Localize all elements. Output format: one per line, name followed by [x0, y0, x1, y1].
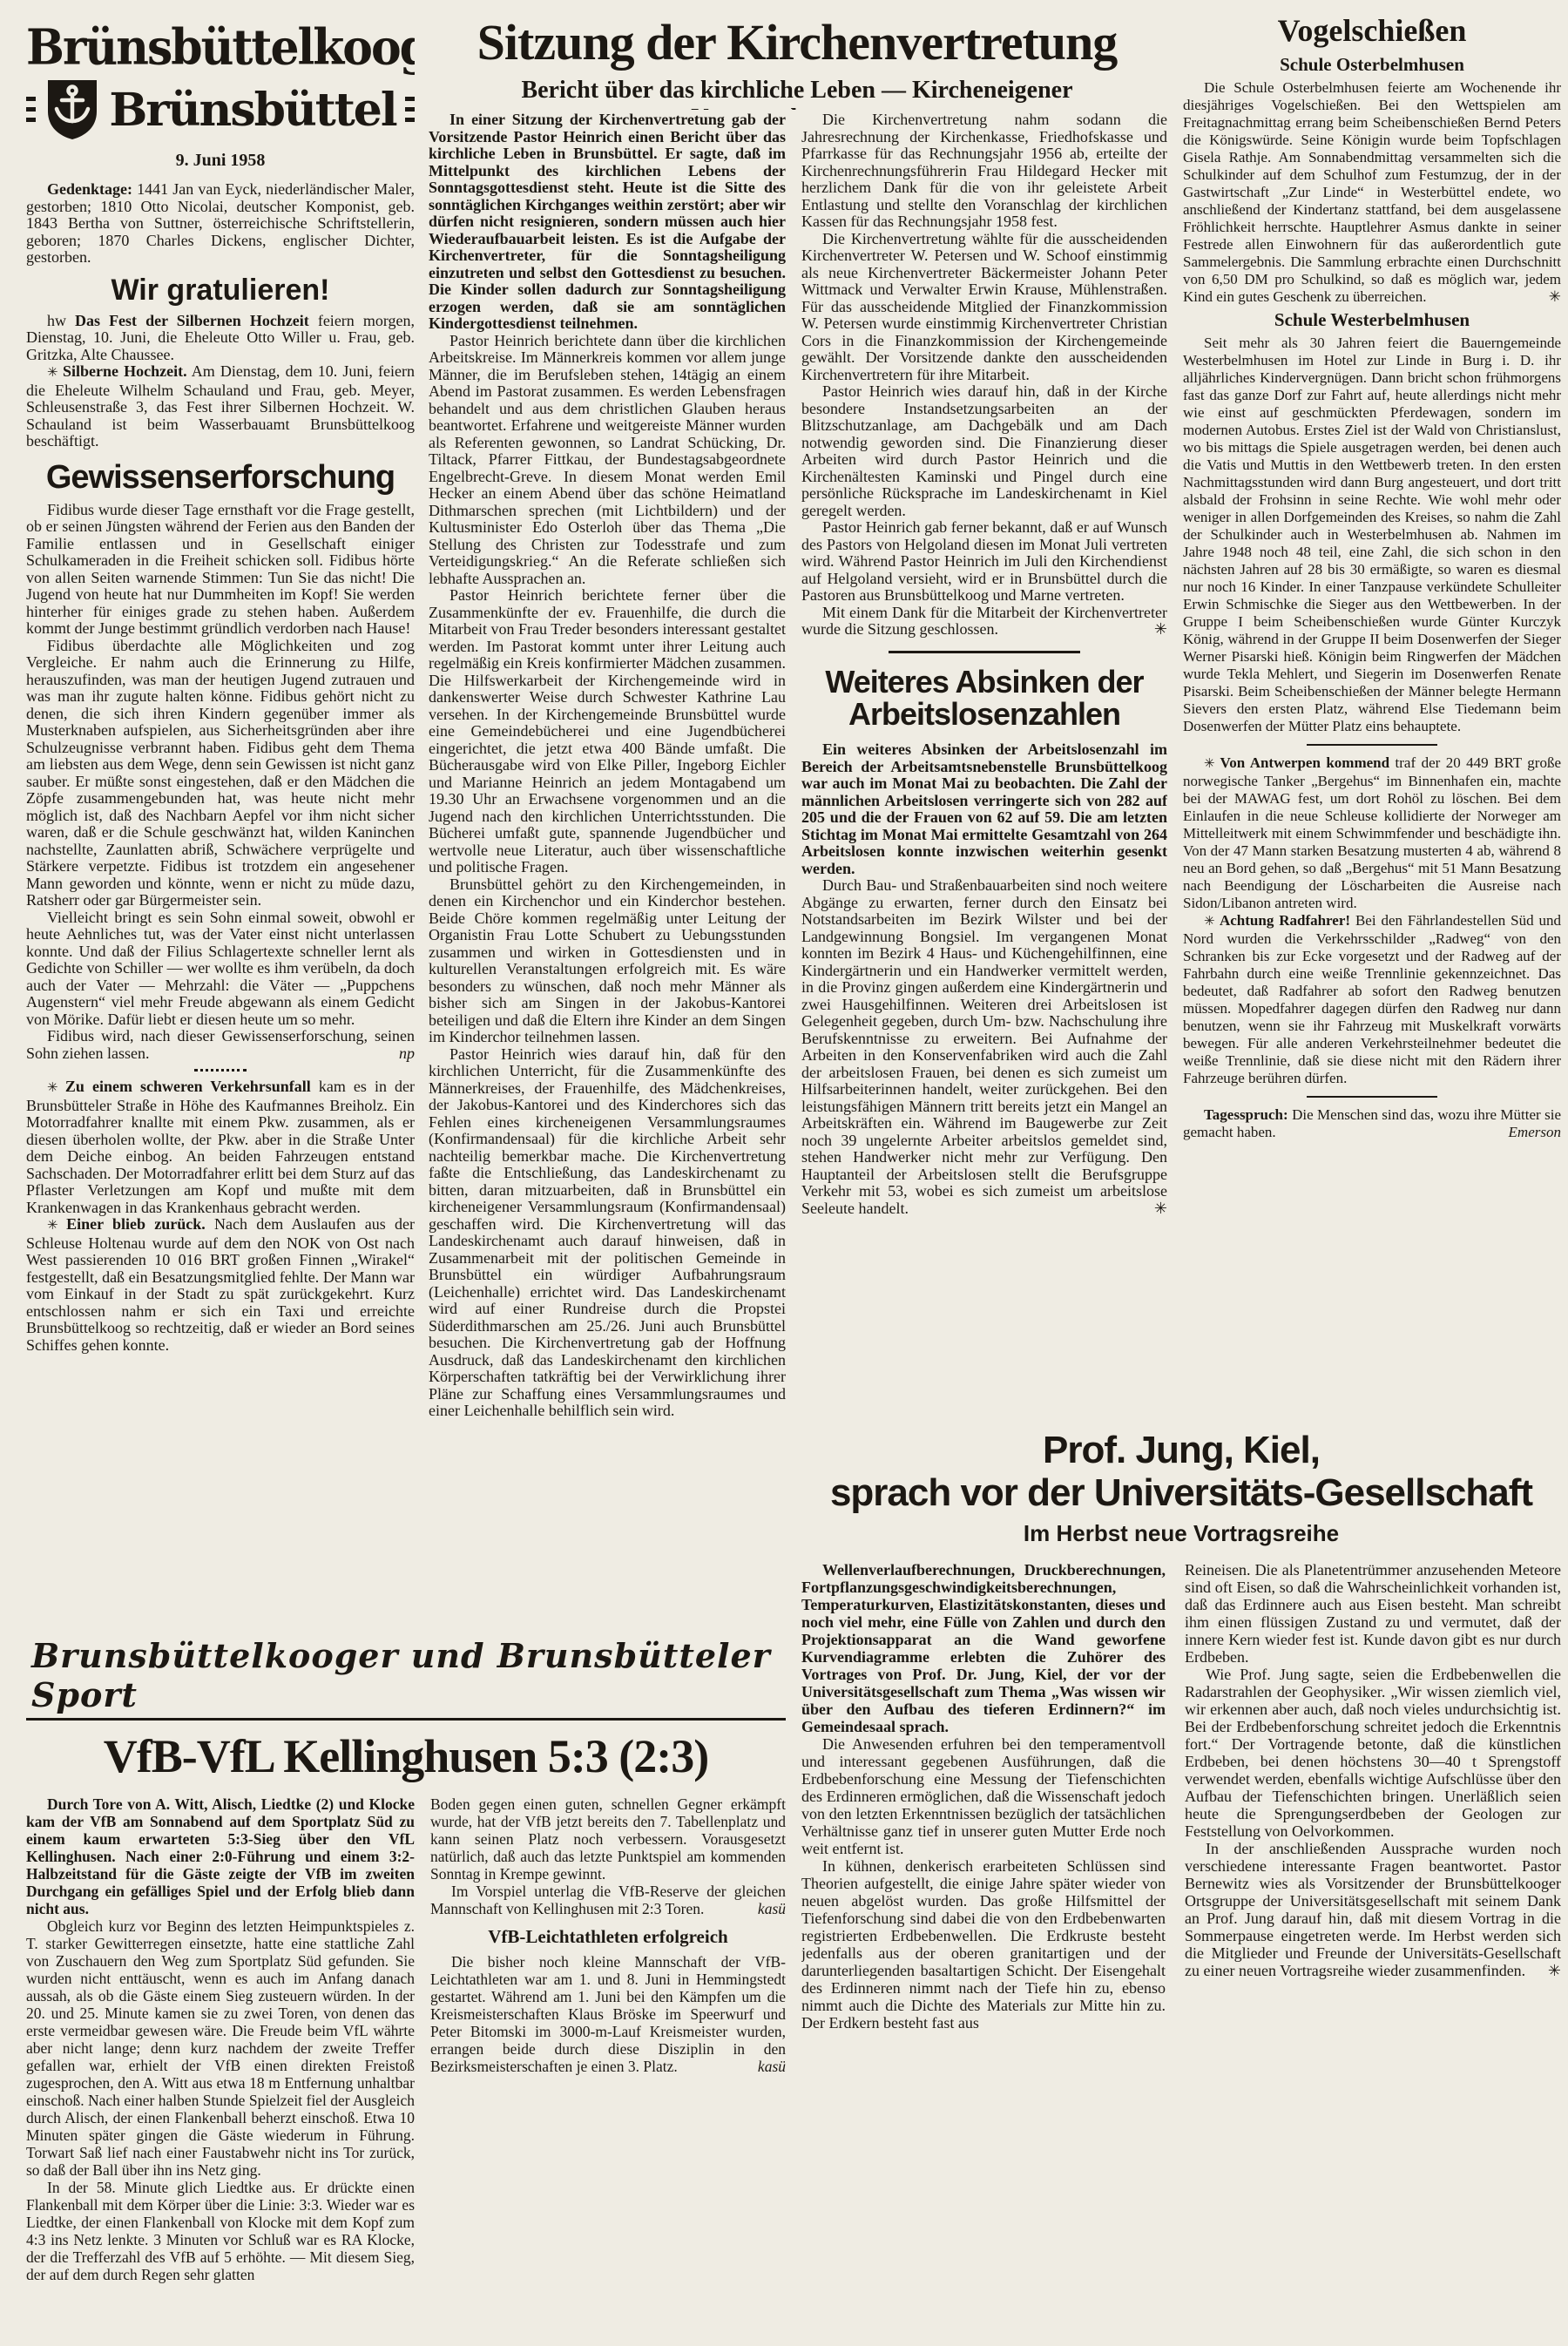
- sports-column-1: Durch Tore von A. Witt, Alisch, Liedtke …: [26, 1795, 415, 2283]
- silberne-hochzeit-lead: Das Fest der Silbernen Hochzeit: [75, 312, 309, 329]
- church-paragraph-7: Die Kirchenvertretung wählte für die aus…: [801, 231, 1167, 384]
- subtitle-kirchenvertretung: Bericht über das kirchliche Leben — Kirc…: [427, 77, 1167, 110]
- gewissen-paragraph-1: Fidibus wurde dieser Tage ernsthaft vor …: [26, 502, 415, 638]
- author-initials: hw: [47, 312, 75, 329]
- end-star-icon: ✳: [1527, 1962, 1561, 1979]
- church-paragraph-10: Mit einem Dank für die Mitarbeit der Kir…: [801, 605, 1167, 639]
- article-einer-blieb-zurueck: ✳ Einer blieb zurück. Nach dem Auslaufen…: [26, 1216, 415, 1354]
- gewissen-paragraph-3: Vielleicht bringt es sein Sohn einmal so…: [26, 909, 415, 1029]
- projung-column-1: Wellenverlaufberechnungen, Druckberechnu…: [801, 1561, 1166, 2032]
- church-paragraph-2: Pastor Heinrich berichtete dann über die…: [429, 333, 786, 588]
- gewissen-paragraph-4: Fidibus wird, nach dieser Gewissenserfor…: [26, 1028, 415, 1062]
- leichtathleten-text: Die bisher noch kleine Mannschaft der Vf…: [430, 1953, 786, 2075]
- tagesspruch-label: Tagesspruch:: [1204, 1106, 1288, 1123]
- star-icon: ✳: [1204, 915, 1220, 929]
- heading-wir-gratulieren: Wir gratulieren!: [26, 274, 415, 308]
- issue-date: 9. Juni 1958: [26, 151, 415, 171]
- church-article-column-2: Die Kirchenvertretung nahm sodann die Ja…: [801, 112, 1167, 1425]
- article-silberne-hochzeit-schauland: ✳ Silberne Hochzeit. Am Dienstag, dem 10…: [26, 363, 415, 450]
- heading-arbeitslosenzahlen: Weiteres Absinken der Arbeitslosenzahlen: [801, 666, 1167, 732]
- section-divider: [1307, 744, 1437, 746]
- star-icon: ✳: [47, 366, 63, 380]
- sports-paragraph-3: In der 58. Minute glich Liedtke aus. Er …: [26, 2179, 415, 2283]
- projung-paragraph-3: In kühnen, denkerisch erarbeiteten Schlü…: [801, 1857, 1166, 2032]
- projung-paragraph-6: In der anschließenden Aussprache wurden …: [1185, 1840, 1561, 1979]
- heading-vogelschiessen: Vogelschießen: [1183, 12, 1561, 49]
- heading-gewissenserforschung: Gewissenserforschung: [26, 459, 415, 497]
- gewissen-paragraph-2: Fidibus überdachte alle Möglichkeiten un…: [26, 638, 415, 909]
- church-paragraph-9: Pastor Heinrich gab ferner bekannt, daß …: [801, 519, 1167, 605]
- church-paragraph-4: Brunsbüttel gehört zu den Kirchengemeind…: [429, 876, 786, 1046]
- sports-script-header: Brunsbüttelkooger und Brunsbütteler Spor…: [26, 1636, 786, 1714]
- church-paragraph-3: Pastor Heinrich berichtete ferner über d…: [429, 587, 786, 876]
- church-paragraph-1: In einer Sitzung der Kirchenvertretung g…: [429, 112, 786, 333]
- anchor-icon: [44, 78, 100, 142]
- author-sig: np: [378, 1045, 415, 1063]
- church-article-header: Sitzung der Kirchenvertretung Bericht üb…: [427, 17, 1167, 110]
- masthead-title-line2: Brünsbüttel: [109, 84, 395, 137]
- antwerpen-text: traf der 20 449 BRT große norwegische Ta…: [1183, 754, 1561, 911]
- sports-rule: [26, 1718, 786, 1721]
- projung-paragraph-1: Wellenverlaufberechnungen, Druckberechnu…: [801, 1561, 1166, 1735]
- headline-prof-jung-line2: sprach vor der Universitäts-Gesellschaft: [801, 1471, 1561, 1514]
- projung-paragraph-2: Die Anwesenden erfuhren bei den temperam…: [801, 1735, 1166, 1857]
- end-star-icon: ✳: [1133, 621, 1167, 639]
- speedlines-right-icon: [405, 97, 415, 123]
- star-icon: ✳: [1204, 757, 1220, 771]
- gedenktage-label: Gedenktage:: [47, 180, 132, 198]
- projung-section: Prof. Jung, Kiel, sprach vor der Univers…: [801, 1429, 1561, 2343]
- crest-shield: [44, 78, 100, 142]
- tagesspruch-author: Emerson: [1488, 1124, 1561, 1141]
- radfahrer-text: Bei den Fährlandestellen Süd und Nord wu…: [1183, 912, 1561, 1086]
- silberne-hochzeit2-lead: Silberne Hochzeit.: [63, 362, 187, 380]
- sports-column-2: Boden gegen einen guten, schnellen Gegne…: [430, 1795, 786, 2283]
- subhead-vortragsreihe: Im Herbst neue Vortragsreihe: [801, 1520, 1561, 1547]
- gewissen-closing: Fidibus wird, nach dieser Gewissenserfor…: [26, 1027, 415, 1062]
- westerbelmhusen-text: Seit mehr als 30 Jahren feiert die Bauer…: [1183, 335, 1561, 735]
- arbeitslosen-lead: Ein weiteres Absinken der Arbeitslosenza…: [801, 741, 1167, 877]
- subhead-schule-osterbelmhusen: Schule Osterbelmhusen: [1183, 54, 1561, 76]
- author-sig: kasü: [737, 1900, 786, 1917]
- article-verkehrsunfall: ✳ Zu einem schweren Verkehrsunfall kam e…: [26, 1078, 415, 1216]
- radfahrer-lead: Achtung Radfahrer!: [1220, 912, 1350, 929]
- church-closing: Mit einem Dank für die Mitarbeit der Kir…: [801, 604, 1167, 639]
- verkehrsunfall-text: kam es in der Brunsbütteler Straße in Hö…: [26, 1078, 415, 1216]
- antwerpen-lead: Von Antwerpen kommend: [1220, 754, 1390, 771]
- arbeitslosen-body: Durch Bau- und Straßenbauarbeiten sind n…: [801, 877, 1167, 1217]
- leichtathleten-body: Die bisher noch kleine Mannschaft der Vf…: [430, 1953, 786, 2075]
- arbeitslosen-text: Durch Bau- und Straßenbauarbeiten sind n…: [801, 876, 1167, 1217]
- article-von-antwerpen: ✳ Von Antwerpen kommend traf der 20 449 …: [1183, 754, 1561, 912]
- article-gedenktage: Gedenktage: 1441 Jan van Eyck, niederlän…: [26, 181, 415, 267]
- right-column: Vogelschießen Schule Osterbelmhusen Die …: [1183, 12, 1561, 1420]
- osterbelmhusen-body: Die Schule Osterbelmhusen feierte am Woc…: [1183, 79, 1561, 305]
- church-paragraph-8: Pastor Heinrich wies darauf hin, daß in …: [801, 383, 1167, 519]
- speedlines-left-icon: [26, 97, 36, 123]
- projung-paragraph-5: Wie Prof. Jung sagte, seien die Erdbeben…: [1185, 1666, 1561, 1840]
- sports-section: Brunsbüttelkooger und Brunsbütteler Spor…: [26, 1636, 786, 2343]
- masthead: Brünsbüttel: [26, 78, 415, 142]
- article-achtung-radfahrer: ✳ Achtung Radfahrer! Bei den Fährlandest…: [1183, 912, 1561, 1087]
- subhead-leichtathleten: VfB-Leichtathleten erfolgreich: [430, 1926, 786, 1948]
- church-article-column-1: In einer Sitzung der Kirchenvertretung g…: [429, 112, 786, 1575]
- headline-vfb-vfl: VfB-VfL Kellinghusen 5:3 (2:3): [26, 1729, 786, 1783]
- star-icon: ✳: [47, 1219, 66, 1233]
- osterbelmhusen-text: Die Schule Osterbelmhusen feierte am Woc…: [1183, 79, 1561, 306]
- section-divider: [1307, 1096, 1437, 1098]
- church-paragraph-6: Die Kirchenvertretung nahm sodann die Ja…: [801, 112, 1167, 231]
- sports-paragraph-2: Obgleich kurz vor Beginn des letzten Hei…: [26, 1917, 415, 2179]
- end-star-icon: ✳: [1133, 1200, 1167, 1218]
- projung-column-2: Reineisen. Die als Planetentrümmer anzus…: [1185, 1561, 1561, 2032]
- headline-kirchenvertretung: Sitzung der Kirchenvertretung: [427, 17, 1167, 68]
- projung-paragraph-4: Reineisen. Die als Planetentrümmer anzus…: [1185, 1561, 1561, 1666]
- author-sig: kasü: [737, 2058, 786, 2075]
- headline-prof-jung-line1: Prof. Jung, Kiel,: [801, 1429, 1561, 1471]
- subhead-schule-westerbelmhusen: Schule Westerbelmhusen: [1183, 309, 1561, 331]
- star-icon: ✳: [47, 1081, 65, 1095]
- sports-vorspiel: Im Vorspiel unterlag die VfB-Reserve der…: [430, 1883, 786, 1917]
- masthead-title-line1: Brünsbüttelkoog: [26, 21, 415, 76]
- sports-continuation: Boden gegen einen guten, schnellen Gegne…: [430, 1795, 786, 1883]
- verkehrsunfall-lead: Zu einem schweren Verkehrsunfall: [65, 1078, 311, 1095]
- newspaper-page: Brünsbüttelkoog Brünsbüttel 9. Juni: [0, 0, 1568, 2346]
- zurueck-lead: Einer blieb zurück.: [66, 1215, 206, 1233]
- left-column: Brünsbüttelkoog Brünsbüttel 9. Juni: [26, 21, 415, 1634]
- church-paragraph-5: Pastor Heinrich wies darauf hin, daß für…: [429, 1046, 786, 1420]
- sports-paragraph-1: Durch Tore von A. Witt, Alisch, Liedtke …: [26, 1795, 415, 1917]
- tagesspruch: Tagesspruch: Die Menschen sind das, wozu…: [1183, 1106, 1561, 1141]
- article-silberne-hochzeit-willer: hw Das Fest der Silbernen Hochzeit feier…: [26, 313, 415, 364]
- end-star-icon: ✳: [1528, 288, 1561, 306]
- vorspiel-text: Im Vorspiel unterlag die VfB-Reserve der…: [430, 1883, 786, 1917]
- section-divider: [194, 1069, 247, 1072]
- zurueck-text: Nach dem Auslaufen aus der Schleuse Holt…: [26, 1215, 415, 1354]
- projung-closing: In der anschließenden Aussprache wurden …: [1185, 1840, 1561, 1979]
- section-divider: [889, 651, 1080, 653]
